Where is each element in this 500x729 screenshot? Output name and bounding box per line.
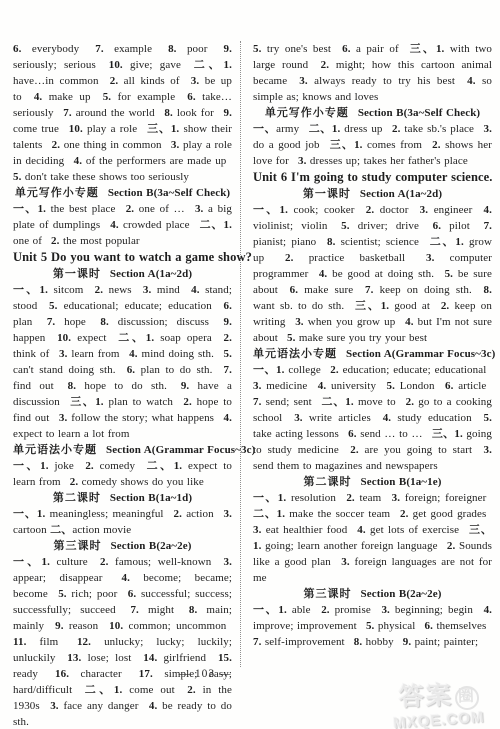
watermark-logo-text: 答案	[398, 682, 453, 712]
answer-paragraph: 一、1. sitcom 2. news 3. mind 4. stand; st…	[13, 282, 232, 442]
answer-paragraph: 一、1. college 2. education; educate; educ…	[253, 362, 492, 474]
section-header: 单元写作小专题Section B(3a~Self Check)	[13, 185, 232, 201]
section-header-en: Section B(2a~2e)	[361, 588, 442, 600]
section-header-en: Section B(3a~Self Check)	[358, 107, 480, 119]
section-header-en: Section B(2a~2e)	[111, 540, 192, 552]
section-header-en: Section B(1a~1e)	[361, 476, 442, 488]
section-header-cn: 第三课时	[304, 588, 352, 600]
answer-paragraph: 一、1. cook; cooker 2. doctor 3. engineer …	[253, 202, 492, 346]
answer-paragraph: 一、1. culture 2. famous; well-known 3. ap…	[13, 554, 232, 729]
section-header: 第二课时Section B(1a~1d)	[13, 490, 232, 506]
section-header: 单元语法小专题Section A(Grammar Focus~3c)	[253, 346, 492, 362]
answer-paragraph: 一、1. meaningless; meaningful 2. action 3…	[13, 506, 232, 538]
section-header-en: Section B(3a~Self Check)	[108, 187, 230, 199]
section-header: 第二课时Section B(1a~1e)	[253, 474, 492, 490]
answer-paragraph: 一、1. the best place 2. one of … 3. a big…	[13, 201, 232, 249]
answer-paragraph: 一、1. joke 2. comedy 二、1. expect to learn…	[13, 458, 232, 490]
answer-paragraph: 一、army 二、1. dress up 2. take sb.'s place…	[253, 121, 492, 169]
section-header: 单元写作小专题Section B(3a~Self Check)	[253, 105, 492, 121]
answer-columns: 6. everybody 7. example 8. poor 9. serio…	[0, 41, 500, 729]
section-header-cn: 单元语法小专题	[253, 348, 337, 360]
watermark-logo: 答案圈	[384, 681, 495, 713]
unit-title: Unit 6 I'm going to study computer scien…	[253, 169, 492, 186]
section-header-en: Section A(1a~2d)	[110, 268, 192, 280]
page-number: — 103 —	[130, 668, 280, 680]
answer-paragraph: 5. try one's best 6. a pair of 三、1. with…	[253, 41, 492, 105]
scanned-answer-page: 6. everybody 7. example 8. poor 9. serio…	[0, 0, 500, 729]
section-header-cn: 第一课时	[303, 188, 351, 200]
section-header: 单元语法小专题Section A(Grammar Focus~3c)	[13, 442, 232, 458]
section-header: 第一课时Section A(1a~2d)	[13, 266, 232, 282]
section-header-en: Section B(1a~1d)	[110, 492, 192, 504]
section-header-cn: 第二课时	[53, 492, 101, 504]
section-header-cn: 单元语法小专题	[13, 444, 97, 456]
section-header-cn: 第一课时	[53, 268, 101, 280]
column-left: 6. everybody 7. example 8. poor 9. serio…	[13, 41, 232, 729]
answer-paragraph: 一、1. able 2. promise 3. beginning; begin…	[253, 602, 492, 650]
column-right: 5. try one's best 6. a pair of 三、1. with…	[253, 41, 492, 729]
section-header: 第三课时Section B(2a~2e)	[253, 586, 492, 602]
section-header-cn: 第二课时	[304, 476, 352, 488]
section-header-cn: 单元写作小专题	[15, 187, 99, 199]
section-header: 第一课时Section A(1a~2d)	[253, 186, 492, 202]
section-header-cn: 第三课时	[54, 540, 102, 552]
section-header-en: Section A(Grammar Focus~3c)	[106, 444, 255, 456]
watermark: 答案圈 MXQE.COM	[384, 683, 494, 729]
section-header-en: Section A(Grammar Focus~3c)	[346, 348, 495, 360]
section-header-cn: 单元写作小专题	[265, 107, 349, 119]
section-header: 第三课时Section B(2a~2e)	[13, 538, 232, 554]
section-header-en: Section A(1a~2d)	[360, 188, 442, 200]
watermark-logo-circled-char: 圈	[455, 686, 480, 711]
unit-title: Unit 5 Do you want to watch a game show?	[13, 249, 232, 266]
answer-paragraph: 6. everybody 7. example 8. poor 9. serio…	[13, 41, 232, 185]
answer-paragraph: 一、1. resolution 2. team 3. foreign; fore…	[253, 490, 492, 586]
